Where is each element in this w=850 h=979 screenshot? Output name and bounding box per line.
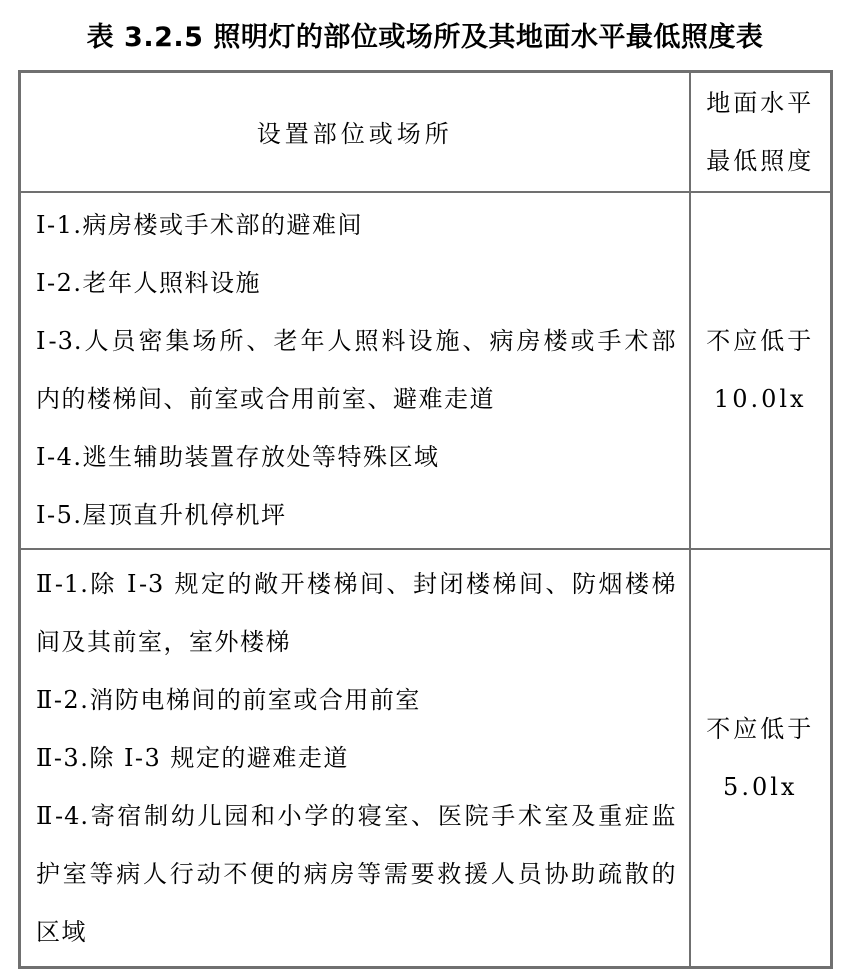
location-line: 护室等病人行动不便的病房等需要救援人员协助疏散的 <box>36 845 677 903</box>
location-line: Ⅰ-1.病房楼或手术部的避难间 <box>36 196 677 254</box>
location-line: Ⅱ-4.寄宿制幼儿园和小学的寝室、医院手术室及重症监 <box>36 787 677 845</box>
header-location-cell: 设置部位或场所 <box>20 72 690 192</box>
illuminance-line: 不应低于 <box>691 700 831 758</box>
header-illuminance-cell: 地面水平最低照度 <box>690 72 832 192</box>
illuminance-line: 10.0lx <box>691 370 831 428</box>
illuminance-line: 5.0lx <box>691 758 831 816</box>
location-line: 内的楼梯间、前室或合用前室、避难走道 <box>36 370 677 428</box>
group-2-illuminance-cell: 不应低于5.0lx <box>690 549 832 968</box>
header-illuminance-line: 最低照度 <box>691 132 831 190</box>
table-header-row: 设置部位或场所 地面水平最低照度 <box>20 72 832 192</box>
group-1-locations-cell: Ⅰ-1.病房楼或手术部的避难间Ⅰ-2.老年人照料设施Ⅰ-3.人员密集场所、老年人… <box>20 192 690 549</box>
document-page: 表 3.2.5 照明灯的部位或场所及其地面水平最低照度表 设置部位或场所 地面水… <box>0 0 850 979</box>
location-line: Ⅰ-4.逃生辅助装置存放处等特殊区域 <box>36 428 677 486</box>
table-row-group-1: Ⅰ-1.病房楼或手术部的避难间Ⅰ-2.老年人照料设施Ⅰ-3.人员密集场所、老年人… <box>20 192 832 549</box>
location-line: Ⅰ-2.老年人照料设施 <box>36 254 677 312</box>
illuminance-line: 不应低于 <box>691 312 831 370</box>
table-row-group-2: Ⅱ-1.除 Ⅰ-3 规定的敞开楼梯间、封闭楼梯间、防烟楼梯间及其前室，室外楼梯Ⅱ… <box>20 549 832 968</box>
illuminance-table: 设置部位或场所 地面水平最低照度 Ⅰ-1.病房楼或手术部的避难间Ⅰ-2.老年人照… <box>18 70 833 969</box>
location-line: Ⅱ-1.除 Ⅰ-3 规定的敞开楼梯间、封闭楼梯间、防烟楼梯 <box>36 555 677 613</box>
location-line: Ⅰ-5.屋顶直升机停机坪 <box>36 486 677 544</box>
table-title: 表 3.2.5 照明灯的部位或场所及其地面水平最低照度表 <box>0 22 850 54</box>
location-line: Ⅱ-3.除 Ⅰ-3 规定的避难走道 <box>36 729 677 787</box>
location-line: 区域 <box>36 903 677 961</box>
location-line: Ⅰ-3.人员密集场所、老年人照料设施、病房楼或手术部 <box>36 312 677 370</box>
group-1-illuminance-cell: 不应低于10.0lx <box>690 192 832 549</box>
group-2-locations-cell: Ⅱ-1.除 Ⅰ-3 规定的敞开楼梯间、封闭楼梯间、防烟楼梯间及其前室，室外楼梯Ⅱ… <box>20 549 690 968</box>
location-line: 间及其前室，室外楼梯 <box>36 613 677 671</box>
location-line: Ⅱ-2.消防电梯间的前室或合用前室 <box>36 671 677 729</box>
header-illuminance-line: 地面水平 <box>691 74 831 132</box>
